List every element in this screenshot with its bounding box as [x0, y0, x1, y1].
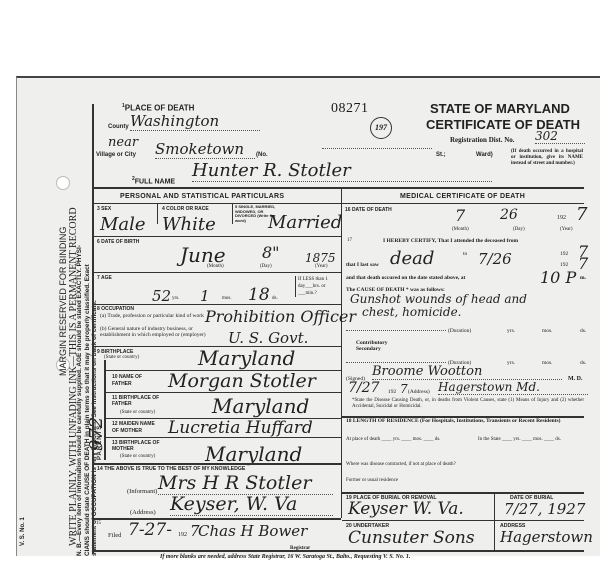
cell-divider — [232, 204, 233, 224]
hospital-note: (If death occurred in a hospital or inst… — [511, 149, 583, 167]
form-left-border — [92, 104, 94, 554]
sex-value: Male — [100, 214, 146, 235]
where-contracted: Where was disease contracted, if not at … — [346, 462, 584, 467]
physician-signature: Broome Wootton — [372, 364, 562, 380]
street-line — [322, 148, 432, 149]
attended-year-prefix: 192 — [560, 251, 568, 257]
duration-line — [346, 362, 446, 363]
form-number: V. S. No. 1 — [20, 517, 26, 546]
attended-to-label: to — [463, 251, 467, 257]
father-birthplace-label: 11 BIRTHPLACE OF FATHER — [112, 395, 160, 407]
age-label: 7 AGE — [97, 275, 112, 281]
county-value: Washington — [130, 112, 260, 131]
occupation-a-label: (a) Trade, profession or particular kind… — [100, 313, 205, 319]
parents-bracket — [104, 360, 106, 460]
filed-label: Filed — [108, 532, 121, 539]
divider-header — [92, 187, 584, 189]
violent-cause-note: *State the Disease Causing Death, or, in… — [352, 398, 584, 409]
last-saw-value: dead — [390, 248, 434, 269]
in-state-residence: In the State ____ yrs. ____ mos. ____ ds… — [478, 437, 584, 442]
form-bottom-border — [92, 550, 584, 552]
row-divider — [104, 392, 341, 393]
occupation-b-label: (b) General nature of industry business,… — [100, 326, 215, 338]
marital-value: Married — [268, 212, 342, 233]
race-value: White — [162, 214, 216, 235]
certificate-number: 08271 — [331, 101, 369, 117]
punch-hole-top — [56, 176, 70, 190]
informant-address-value: Keyser, W. Va — [170, 493, 333, 516]
physician-address: Hagerstown Md. — [438, 380, 588, 395]
day-caption: (Day) — [260, 264, 272, 269]
informant-label: (Informant) — [127, 488, 157, 495]
village-label: Village or City — [96, 152, 136, 158]
duration-yrs-1: yrs. — [507, 328, 515, 334]
less-than-day: If LESS than 1 day___hrs. or ___min.? — [295, 276, 339, 297]
row-divider — [92, 272, 341, 273]
date-of-death-day: 26 — [500, 207, 518, 223]
state-title: STATE OF MARYLAND — [430, 101, 570, 116]
address-label: (Address) — [130, 509, 156, 516]
occupation-a-value: Prohibition Officer — [205, 307, 356, 326]
mother-value: Lucretia Huffard — [168, 418, 313, 438]
duration-ds-1: ds. — [580, 328, 586, 334]
cell-divider — [494, 492, 495, 550]
dob-label: 6 DATE OF BIRTH — [97, 239, 139, 245]
row-divider — [92, 304, 341, 305]
dod-day-caption: (Day) — [513, 227, 525, 232]
dod-month-caption: (Month) — [452, 227, 469, 232]
medical-section-title: MEDICAL CERTIFICATE OF DEATH — [400, 193, 525, 200]
signed-year-suffix: 7 — [400, 382, 408, 396]
registration-value: 302 — [535, 129, 585, 144]
mother-label: 12 MAIDEN NAME OF MOTHER — [112, 421, 160, 434]
father-birthplace-sub: (State or country) — [120, 410, 155, 415]
dod-year-caption: (Year) — [560, 227, 573, 232]
residence-label: 18 LENGTH OF RESIDENCE (For Hospitals, I… — [346, 418, 584, 425]
occupation-b-value: U. S. Govt. — [228, 329, 308, 347]
registrar-signature: Chas H Bower — [198, 522, 307, 540]
ward-label: Ward) — [476, 152, 493, 158]
row-divider — [92, 463, 341, 465]
row-divider — [342, 492, 584, 494]
mos-label: mos. — [222, 296, 232, 301]
st-label: St.; — [436, 152, 446, 158]
column-divider — [341, 188, 342, 518]
dod-year-prefix: 192 — [557, 215, 566, 221]
certify-number: 17 — [347, 238, 352, 243]
duration-line — [346, 330, 446, 331]
circled-number: 197 — [370, 117, 392, 139]
binding-margin: V. S. No. 1 MARGIN RESERVED FOR BINDING … — [16, 76, 92, 556]
age-years: 52 — [152, 287, 171, 305]
age-months: 1 — [200, 287, 210, 305]
mother-birthplace-sub: (State or country) — [120, 454, 155, 459]
parents-label: PARENTS — [97, 425, 103, 460]
filed-date: 7-27- — [128, 520, 172, 540]
last-saw-year: 7 — [578, 254, 588, 273]
duration-mos-1: mos. — [542, 328, 553, 334]
full-name-label: 2FULL NAME — [132, 176, 175, 185]
birthplace-value: Maryland — [198, 346, 295, 370]
age-days: 18 — [248, 285, 270, 305]
row-divider — [342, 520, 584, 521]
row-divider — [92, 236, 341, 237]
burial-date: 7/27, 1927 — [504, 500, 585, 518]
contributory-label: ContributorySecondary — [356, 340, 387, 352]
cause-line-2: chest, homicide. — [362, 305, 462, 319]
informant-value: Mrs H R Stotler — [158, 472, 333, 495]
month-caption: (Month) — [207, 264, 224, 269]
undertaker-value: Cunsuter Sons — [348, 528, 475, 548]
cause-line-1: Gunshot wounds of head and — [350, 292, 527, 306]
date-of-death-year: 7 — [576, 204, 587, 225]
village-prefix: near — [108, 135, 138, 150]
duration-ds-2: ds. — [580, 360, 586, 366]
footer-note: If more blanks are needed, address State… — [160, 554, 410, 560]
registration-label: Registration Dist. No. — [450, 136, 515, 144]
county-label: County — [108, 124, 129, 130]
binding-note: MARGIN RESERVED FOR BINDING — [58, 227, 68, 376]
death-occured-text: and that death occured on the date state… — [346, 275, 465, 281]
death-time: 10 P — [540, 268, 576, 287]
ds-label: ds. — [272, 296, 278, 301]
cell-divider — [157, 204, 158, 224]
sig-address-label: (Address) — [408, 389, 430, 395]
sex-label: 3 SEX — [97, 206, 111, 212]
father-birthplace-value: Maryland — [212, 394, 309, 418]
father-value: Morgan Stotler — [168, 370, 316, 392]
yrs-label: yrs. — [172, 296, 179, 301]
at-place-residence: At place of death ____ yrs. ____ mos. __… — [346, 437, 461, 442]
personal-section-title: PERSONAL AND STATISTICAL PARTICULARS — [120, 193, 284, 200]
signed-year-prefix: 192 — [388, 389, 396, 395]
dob-year: 1875 — [305, 251, 336, 265]
nb-instructions: N. B.—Every item of information should b… — [76, 245, 99, 556]
signed-date: 7/27 — [348, 380, 379, 396]
last-saw-date: 7/26 — [478, 250, 512, 268]
m-label: m. — [580, 275, 586, 281]
duration-label-1: (Duration) — [448, 328, 471, 334]
village-value: Smoketown — [155, 140, 255, 159]
occupation-label: 8 OCCUPATION — [97, 306, 134, 312]
last-saw-label: that I last saw — [346, 262, 379, 268]
number-label: (No. — [256, 152, 268, 158]
row-divider — [104, 437, 341, 438]
former-residence: Former or usual residence — [346, 478, 584, 483]
certify-text: I HEREBY CERTIFY, That I attended the de… — [383, 238, 518, 244]
date-of-death-month: 7 — [455, 206, 465, 225]
filed-year-prefix: 192 — [178, 532, 187, 538]
father-label: 10 NAME OF FATHER — [112, 374, 152, 388]
date-of-death-label: 16 DATE OF DEATH — [345, 207, 392, 213]
divider-sections — [92, 203, 584, 204]
race-label: 4 COLOR OR RACE — [162, 206, 209, 212]
mother-birthplace-label: 13 BIRTHPLACE OF MOTHER — [112, 440, 160, 452]
undertaker-address: Hagerstown — [500, 528, 593, 546]
dob-day: 8" — [262, 243, 280, 262]
birthplace-sub: (State or country) — [104, 355, 139, 360]
filed-number: 15 — [96, 521, 101, 526]
burial-place: Keyser W. Va. — [348, 499, 464, 519]
year-caption: (Year) — [315, 264, 328, 269]
full-name-value: Hunter R. Stotler — [192, 160, 492, 182]
